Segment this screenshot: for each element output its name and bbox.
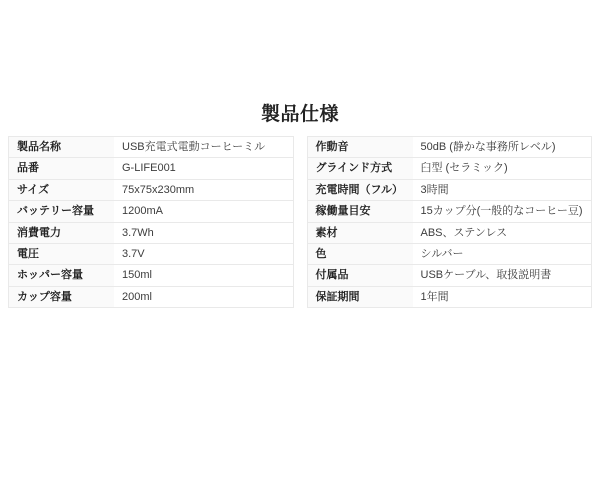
spec-row: 保証期間 1年間: [308, 287, 592, 308]
spec-table-right: 作動音 50dB (静かな事務所レベル) グラインド方式 臼型 (セラミック) …: [307, 136, 593, 308]
spec-value: G-LIFE001: [114, 158, 293, 178]
page-title: 製品仕様: [0, 0, 600, 128]
spec-row: ホッパー容量 150ml: [9, 265, 293, 286]
spec-value: 3.7V: [114, 244, 293, 264]
spec-value: シルバー: [413, 244, 592, 264]
spec-row: 電圧 3.7V: [9, 244, 293, 265]
spec-label: 電圧: [9, 244, 114, 264]
spec-label: 作動音: [308, 137, 413, 157]
spec-row: グラインド方式 臼型 (セラミック): [308, 158, 592, 179]
spec-tables: 製品名称 USB充電式電動コーヒーミル 品番 G-LIFE001 サイズ 75x…: [8, 136, 592, 308]
spec-table-left: 製品名称 USB充電式電動コーヒーミル 品番 G-LIFE001 サイズ 75x…: [8, 136, 294, 308]
spec-label: グラインド方式: [308, 158, 413, 178]
spec-row: 色 シルバー: [308, 244, 592, 265]
spec-value: USBケーブル、取扱説明書: [413, 265, 592, 285]
spec-row: カップ容量 200ml: [9, 287, 293, 308]
spec-row: 充電時間（フル） 3時間: [308, 180, 592, 201]
spec-row: サイズ 75x75x230mm: [9, 180, 293, 201]
spec-label: 保証期間: [308, 287, 413, 307]
spec-row: 消費電力 3.7Wh: [9, 223, 293, 244]
spec-label: 稼働量目安: [308, 201, 413, 221]
spec-row: バッテリー容量 1200mA: [9, 201, 293, 222]
spec-value: 200ml: [114, 287, 293, 307]
spec-label: 素材: [308, 223, 413, 243]
spec-value: 15カップ分(一般的なコーヒー豆): [413, 201, 592, 221]
spec-value: 150ml: [114, 265, 293, 285]
spec-value: USB充電式電動コーヒーミル: [114, 137, 293, 157]
spec-label: 製品名称: [9, 137, 114, 157]
spec-label: 色: [308, 244, 413, 264]
spec-label: サイズ: [9, 180, 114, 200]
spec-value: ABS、ステンレス: [413, 223, 592, 243]
spec-label: ホッパー容量: [9, 265, 114, 285]
spec-label: 品番: [9, 158, 114, 178]
spec-row: 製品名称 USB充電式電動コーヒーミル: [9, 137, 293, 158]
spec-label: バッテリー容量: [9, 201, 114, 221]
spec-label: 充電時間（フル）: [308, 180, 413, 200]
spec-label: 付属品: [308, 265, 413, 285]
spec-row: 素材 ABS、ステンレス: [308, 223, 592, 244]
spec-value: 臼型 (セラミック): [413, 158, 592, 178]
spec-value: 50dB (静かな事務所レベル): [413, 137, 592, 157]
spec-row: 品番 G-LIFE001: [9, 158, 293, 179]
spec-label: カップ容量: [9, 287, 114, 307]
spec-value: 75x75x230mm: [114, 180, 293, 200]
spec-value: 3時間: [413, 180, 592, 200]
spec-value: 1年間: [413, 287, 592, 307]
spec-row: 稼働量目安 15カップ分(一般的なコーヒー豆): [308, 201, 592, 222]
spec-value: 1200mA: [114, 201, 293, 221]
spec-row: 作動音 50dB (静かな事務所レベル): [308, 137, 592, 158]
spec-row: 付属品 USBケーブル、取扱説明書: [308, 265, 592, 286]
spec-value: 3.7Wh: [114, 223, 293, 243]
spec-label: 消費電力: [9, 223, 114, 243]
